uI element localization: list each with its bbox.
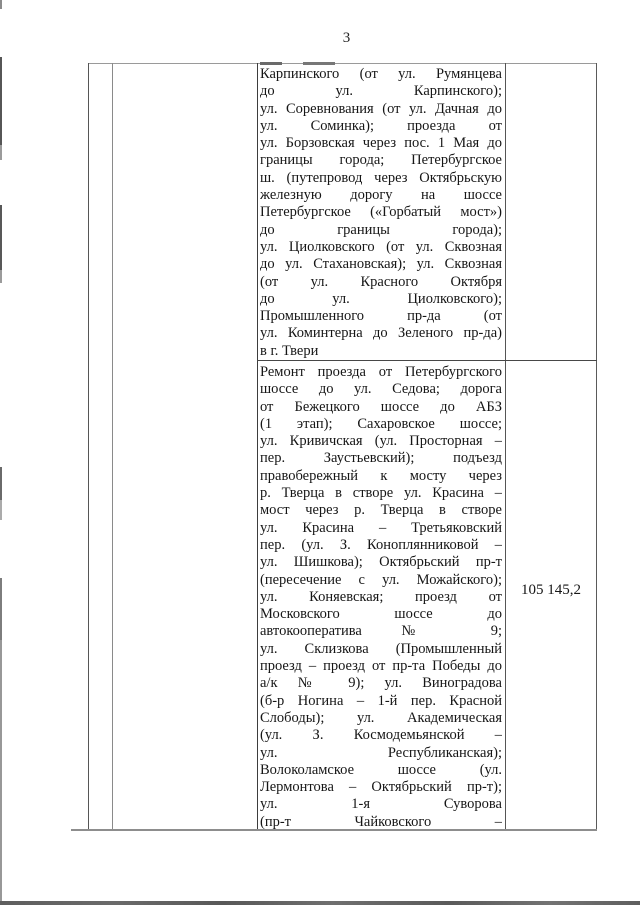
table-border-top — [88, 63, 597, 64]
column-divider-3 — [505, 63, 506, 830]
works-line: ул. Коняевская; проезд от — [260, 589, 502, 606]
works-line: до ул. Стахановская); ул. Сквозная — [260, 256, 502, 273]
row-divider — [257, 360, 597, 361]
works-line: ул. Циолковского (от ул. Сквозная — [260, 239, 502, 256]
scan-cut-line — [71, 829, 597, 831]
works-cell-row-2: Ремонт проезда от Петербургскогошоссе до… — [260, 364, 502, 831]
scan-smudge — [303, 62, 335, 65]
road-repair-table: Карпинского (от ул. Румянцевадо ул. Карп… — [88, 63, 597, 831]
works-line: пер. Заустьевский); подъезд — [260, 450, 502, 467]
works-line: проезд – проезд от пр-та Победы до — [260, 658, 502, 675]
works-line: Лермонтова – Октябрьский пр-т); — [260, 779, 502, 796]
works-line: мост через р. Тверца в створе — [260, 502, 502, 519]
works-line: ул. 1-я Суворова — [260, 796, 502, 813]
works-line: (ул. З. Космодемьянской – — [260, 727, 502, 744]
works-line: автокооператива № 9; — [260, 623, 502, 640]
works-line: Карпинского (от ул. Румянцева — [260, 66, 502, 83]
works-line: Ремонт проезда от Петербургского — [260, 364, 502, 381]
column-divider-1 — [112, 63, 113, 830]
works-line: Промышленного пр-да (от — [260, 308, 502, 325]
column-divider-2 — [257, 63, 258, 830]
works-line: до ул. Циолковского); — [260, 291, 502, 308]
works-line: (1 этап); Сахаровское шоссе; — [260, 416, 502, 433]
works-line: (пересечение с ул. Можайского); — [260, 572, 502, 589]
works-line: ул. Шишкова); Октябрьский пр-т — [260, 554, 502, 571]
works-line: в г. Твери — [260, 343, 502, 360]
scan-artifact-left-edge — [0, 0, 2, 905]
works-line: Слободы); ул. Академическая — [260, 710, 502, 727]
works-line: а/к № 9); ул. Виноградова — [260, 675, 502, 692]
works-line: шоссе до ул. Седова; дорога — [260, 381, 502, 398]
table-border-right — [596, 63, 597, 830]
works-line: р. Тверца в створе ул. Красина – — [260, 485, 502, 502]
works-line: до ул. Карпинского); — [260, 83, 502, 100]
scan-artifact-bottom-edge — [0, 901, 640, 905]
works-line: ул. Склизкова (Промышленный — [260, 641, 502, 658]
works-line: Волоколамское шоссе (ул. — [260, 762, 502, 779]
works-line: до границы города); — [260, 222, 502, 239]
table-border-left — [88, 63, 89, 830]
works-line: правобережный к мосту через — [260, 468, 502, 485]
works-line: ш. (путепровод через Октябрьскую — [260, 170, 502, 187]
works-line: железную дорогу на шоссе — [260, 187, 502, 204]
works-line: (б-р Ногина – 1-й пер. Красной — [260, 693, 502, 710]
works-line: ул. Соминка); проезда от — [260, 118, 502, 135]
works-cell-row-1: Карпинского (от ул. Румянцевадо ул. Карп… — [260, 66, 502, 360]
page-number: 3 — [0, 30, 640, 47]
works-line: границы города; Петербургское — [260, 152, 502, 169]
works-line: пер. (ул. З. Коноплянниковой – — [260, 537, 502, 554]
works-line: (от ул. Красного Октября — [260, 274, 502, 291]
works-line: ул. Республиканская); — [260, 745, 502, 762]
works-line: ул. Кривичская (ул. Просторная – — [260, 433, 502, 450]
works-line: ул. Соревнования (от ул. Дачная до — [260, 101, 502, 118]
amount-value: 105 145,2 — [506, 582, 596, 599]
works-line: ул. Борзовская через пос. 1 Мая до — [260, 135, 502, 152]
works-line: от Бежецкого шоссе до АБЗ — [260, 399, 502, 416]
works-line: ул. Коминтерна до Зеленого пр-да) — [260, 325, 502, 342]
scan-smudge — [260, 62, 282, 65]
works-line: Московского шоссе до — [260, 606, 502, 623]
works-line: ул. Красина – Третьяковский — [260, 520, 502, 537]
works-line: Петербургское («Горбатый мост») — [260, 204, 502, 221]
